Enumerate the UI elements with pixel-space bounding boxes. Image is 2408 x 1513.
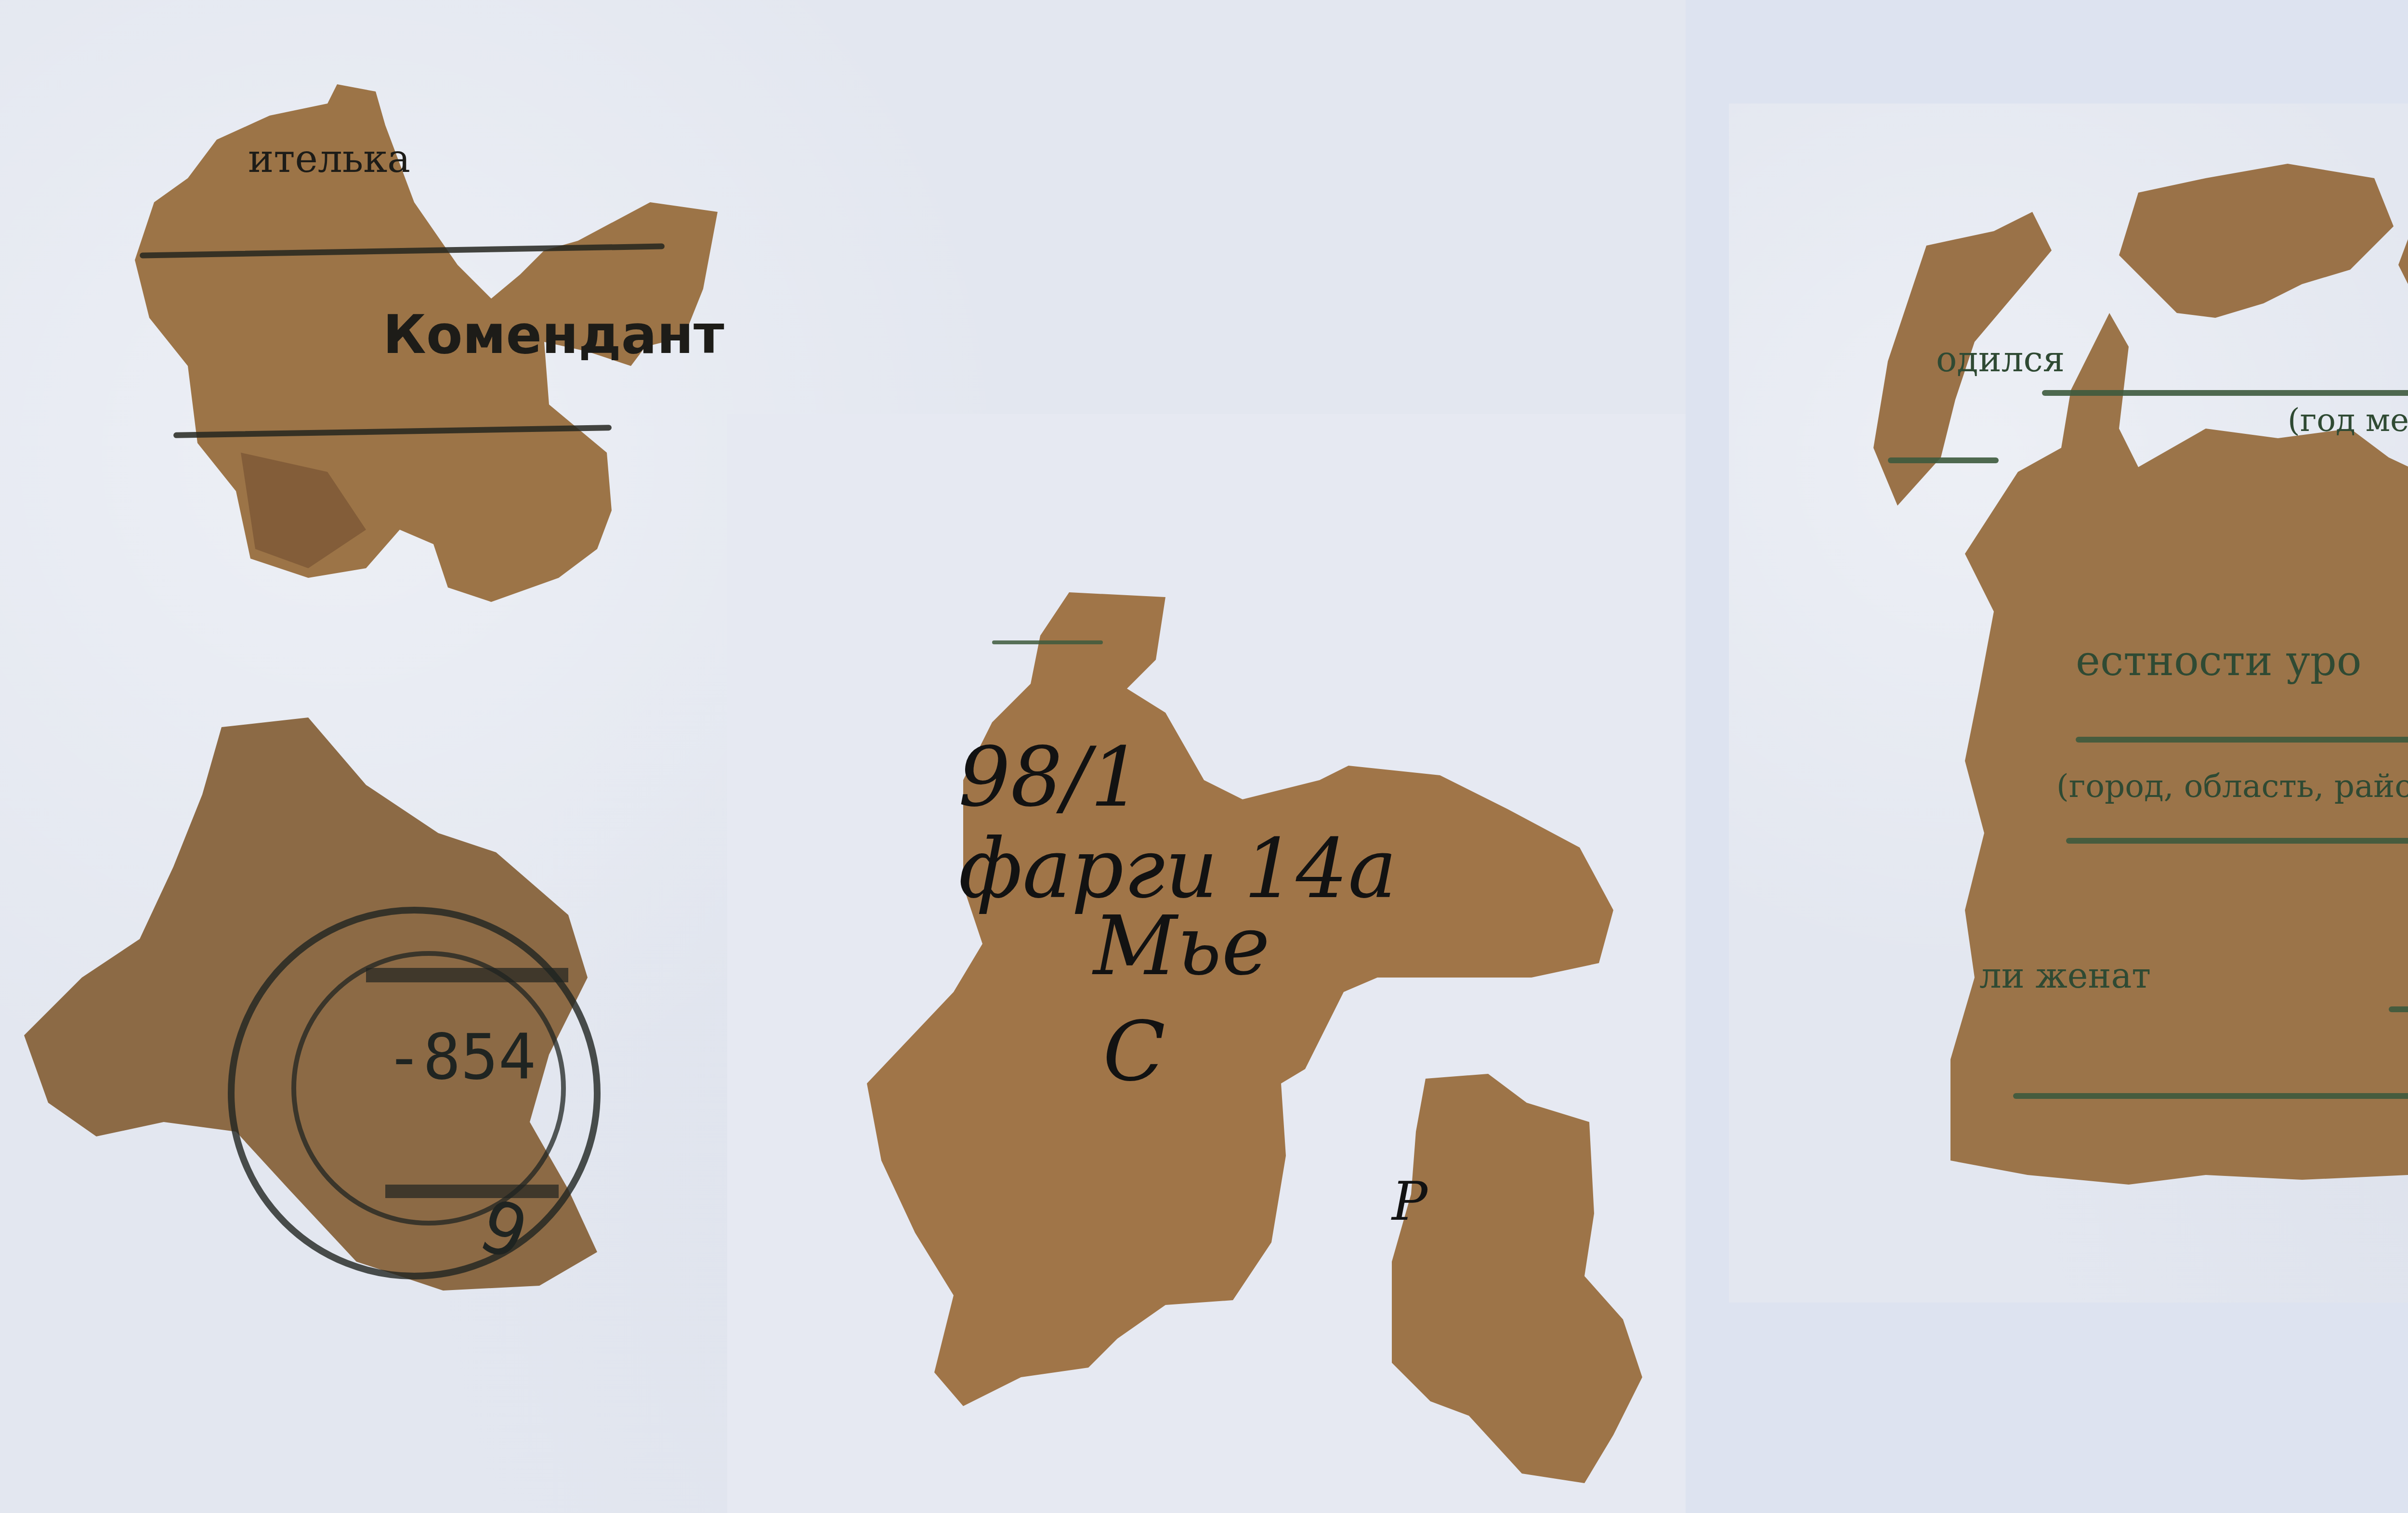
fragment-stamp-left: -854 9	[19, 708, 645, 1295]
fragment-small-piece: Р	[1382, 1069, 1633, 1488]
fragment-komendant: ителька Комендант	[125, 58, 896, 636]
form-rule	[2389, 1006, 2408, 1012]
printed-text-line5: ли женат	[1979, 958, 2151, 993]
handwritten-line3: Мье	[1093, 905, 1270, 987]
printed-text-line1: ителька	[248, 140, 410, 178]
torn-paper-shape	[1382, 1069, 1633, 1488]
handwritten-line2: фарги 14а	[958, 828, 1397, 910]
printed-text-komendant: Комендант	[383, 308, 724, 361]
stamp-number: -854	[385, 1026, 536, 1088]
printed-text-line4: (город, область, район	[2056, 770, 2408, 802]
printed-text-line1: одился	[1936, 342, 2065, 377]
round-stamp-icon	[19, 708, 645, 1295]
form-rule	[2013, 1093, 2408, 1099]
form-rule	[1888, 457, 1999, 463]
fragment-middle-document: одился (год месяц естности уро (город, о…	[1869, 159, 2408, 1209]
handwritten-line1: 98/1	[958, 737, 1142, 819]
form-rule	[2066, 838, 2408, 844]
handwritten-mark: Р	[1392, 1175, 1427, 1228]
printed-text-line2: (год месяц	[2288, 404, 2408, 436]
form-rule	[2076, 737, 2408, 743]
printed-text-line3: естности уро	[2076, 640, 2362, 682]
form-rule	[2042, 390, 2408, 396]
handwritten-mark: С	[1103, 1011, 1165, 1093]
form-rule	[992, 640, 1103, 644]
